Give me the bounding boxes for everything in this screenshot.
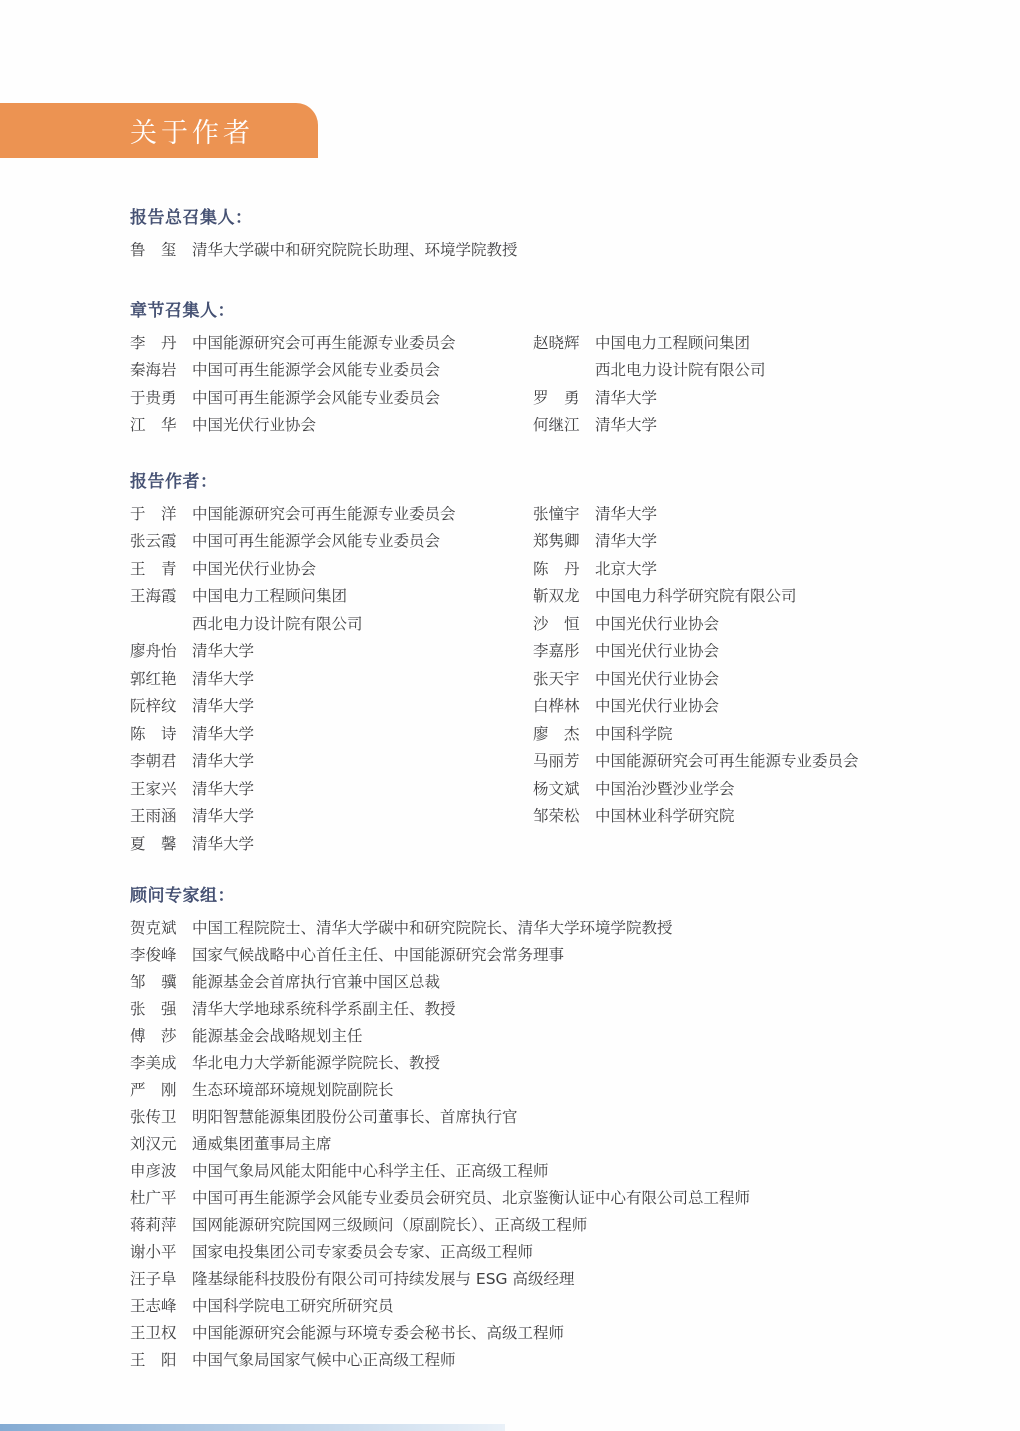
person-affiliation: 清华大学地球系统科学系副主任、教授 — [192, 996, 960, 1023]
person-affiliation: 清华大学碳中和研究院院长助理、环境学院教授 — [192, 237, 960, 265]
person-row: 廖 杰中国科学院 — [533, 721, 960, 749]
person-name: 张憧宇 — [533, 501, 581, 529]
person-row: 夏 馨清华大学 — [130, 831, 533, 859]
person-row: 郭红艳清华大学 — [130, 666, 533, 694]
person-row: 阮梓纹清华大学 — [130, 693, 533, 721]
person-row: 王海霞中国电力工程顾问集团西北电力设计院有限公司 — [130, 583, 533, 638]
person-name: 王志峰 — [130, 1293, 178, 1320]
person-affiliation: 中国能源研究会可再生能源专业委员会 — [192, 330, 533, 358]
person-name: 李美成 — [130, 1050, 178, 1077]
section-chapter-conveners: 章节召集人： 李 丹中国能源研究会可再生能源专业委员会秦海岩中国可再生能源学会风… — [130, 299, 960, 440]
person-row: 江 华中国光伏行业协会 — [130, 412, 533, 440]
person-name: 张云霞 — [130, 528, 178, 556]
person-affiliation: 中国可再生能源学会风能专业委员会研究员、北京鉴衡认证中心有限公司总工程师 — [192, 1185, 960, 1212]
person-affiliation: 中国治沙暨沙业学会 — [595, 776, 960, 804]
report-authors-columns: 于 洋中国能源研究会可再生能源专业委员会张云霞中国可再生能源学会风能专业委员会王… — [130, 501, 960, 859]
person-row: 谢小平国家电投集团公司专家委员会专家、正高级工程师 — [130, 1239, 960, 1266]
person-name: 李嘉彤 — [533, 638, 581, 666]
person-name: 陈 诗 — [130, 721, 178, 749]
person-affiliation: 清华大学 — [192, 831, 533, 859]
person-row: 邹 骥能源基金会首席执行官兼中国区总裁 — [130, 969, 960, 996]
person-row: 赵晓辉中国电力工程顾问集团西北电力设计院有限公司 — [533, 330, 960, 385]
person-row: 白桦林中国光伏行业协会 — [533, 693, 960, 721]
person-row: 王志峰中国科学院电工研究所研究员 — [130, 1293, 960, 1320]
person-affiliation: 清华大学 — [192, 638, 533, 666]
person-row: 张憧宇清华大学 — [533, 501, 960, 529]
person-name: 秦海岩 — [130, 357, 178, 385]
person-name: 王 阳 — [130, 1347, 178, 1374]
person-affiliation: 中国可再生能源学会风能专业委员会 — [192, 357, 533, 385]
person-name: 蒋莉萍 — [130, 1212, 178, 1239]
person-name: 白桦林 — [533, 693, 581, 721]
person-row: 汪子阜隆基绿能科技股份有限公司可持续发展与 ESG 高级经理 — [130, 1266, 960, 1293]
person-affiliation: 中国科学院 — [595, 721, 960, 749]
person-affiliation: 中国电力工程顾问集团西北电力设计院有限公司 — [595, 330, 960, 385]
person-row: 陈 诗清华大学 — [130, 721, 533, 749]
person-name: 赵晓辉 — [533, 330, 581, 358]
person-affiliation: 华北电力大学新能源学院院长、教授 — [192, 1050, 960, 1077]
person-row: 张 强清华大学地球系统科学系副主任、教授 — [130, 996, 960, 1023]
person-affiliation: 清华大学 — [595, 528, 960, 556]
person-affiliation: 中国光伏行业协会 — [595, 611, 960, 639]
person-affiliation: 中国可再生能源学会风能专业委员会 — [192, 528, 533, 556]
person-row: 马丽芳中国能源研究会可再生能源专业委员会 — [533, 748, 960, 776]
person-affiliation: 中国光伏行业协会 — [595, 666, 960, 694]
person-affiliation: 中国林业科学研究院 — [595, 803, 960, 831]
person-row: 李俊峰国家气候战略中心首任主任、中国能源研究会常务理事 — [130, 942, 960, 969]
person-affiliation: 中国能源研究会可再生能源专业委员会 — [192, 501, 533, 529]
person-name: 申彦波 — [130, 1158, 178, 1185]
person-name: 鲁 玺 — [130, 237, 178, 265]
person-name: 刘汉元 — [130, 1131, 178, 1158]
person-row: 张天宇中国光伏行业协会 — [533, 666, 960, 694]
person-row: 秦海岩中国可再生能源学会风能专业委员会 — [130, 357, 533, 385]
person-name: 杜广平 — [130, 1185, 178, 1212]
person-affiliation: 清华大学 — [595, 501, 960, 529]
section-heading-advisory-experts: 顾问专家组： — [130, 884, 960, 908]
person-row: 申彦波中国气象局风能太阳能中心科学主任、正高级工程师 — [130, 1158, 960, 1185]
chapter-conveners-left-column: 李 丹中国能源研究会可再生能源专业委员会秦海岩中国可再生能源学会风能专业委员会于… — [130, 330, 533, 440]
person-affiliation: 中国气象局风能太阳能中心科学主任、正高级工程师 — [192, 1158, 960, 1185]
person-name: 郑隽卿 — [533, 528, 581, 556]
section-report-convener: 报告总召集人： 鲁 玺清华大学碳中和研究院院长助理、环境学院教授 — [130, 206, 960, 265]
page-content: 报告总召集人： 鲁 玺清华大学碳中和研究院院长助理、环境学院教授 章节召集人： … — [0, 158, 1020, 1374]
person-affiliation: 清华大学 — [595, 385, 960, 413]
person-name: 王雨涵 — [130, 803, 178, 831]
person-row: 邹荣松中国林业科学研究院 — [533, 803, 960, 831]
person-affiliation: 清华大学 — [192, 803, 533, 831]
section-advisory-experts: 顾问专家组： 贺克斌中国工程院院士、清华大学碳中和研究院院长、清华大学环境学院教… — [130, 884, 960, 1374]
person-name: 于 洋 — [130, 501, 178, 529]
person-row: 王 阳中国气象局国家气候中心正高级工程师 — [130, 1347, 960, 1374]
person-row: 王卫权中国能源研究会能源与环境专委会秘书长、高级工程师 — [130, 1320, 960, 1347]
person-name: 邹 骥 — [130, 969, 178, 996]
person-name: 廖舟怡 — [130, 638, 178, 666]
page-title: 关于作者 — [130, 111, 254, 150]
person-affiliation: 中国科学院电工研究所研究员 — [192, 1293, 960, 1320]
person-name: 贺克斌 — [130, 915, 178, 942]
person-affiliation: 国家电投集团公司专家委员会专家、正高级工程师 — [192, 1239, 960, 1266]
report-authors-right-column: 张憧宇清华大学郑隽卿清华大学陈 丹北京大学靳双龙中国电力科学研究院有限公司沙 恒… — [533, 501, 960, 831]
person-row: 杨文斌中国治沙暨沙业学会 — [533, 776, 960, 804]
person-row: 于 洋中国能源研究会可再生能源专业委员会 — [130, 501, 533, 529]
person-row: 贺克斌中国工程院院士、清华大学碳中和研究院院长、清华大学环境学院教授 — [130, 915, 960, 942]
person-row: 王家兴清华大学 — [130, 776, 533, 804]
person-row: 严 刚生态环境部环境规划院副院长 — [130, 1077, 960, 1104]
person-affiliation: 通威集团董事局主席 — [192, 1131, 960, 1158]
person-name: 王 青 — [130, 556, 178, 584]
person-affiliation: 中国能源研究会可再生能源专业委员会 — [595, 748, 960, 776]
person-row: 李嘉彤中国光伏行业协会 — [533, 638, 960, 666]
person-name: 谢小平 — [130, 1239, 178, 1266]
person-name: 张天宇 — [533, 666, 581, 694]
person-name: 汪子阜 — [130, 1266, 178, 1293]
section-heading-report-convener: 报告总召集人： — [130, 206, 960, 230]
person-row: 王 青中国光伏行业协会 — [130, 556, 533, 584]
person-affiliation: 能源基金会首席执行官兼中国区总裁 — [192, 969, 960, 996]
section-heading-chapter-conveners: 章节召集人： — [130, 299, 960, 323]
person-affiliation: 明阳智慧能源集团股份公司董事长、首席执行官 — [192, 1104, 960, 1131]
person-name: 何继江 — [533, 412, 581, 440]
person-affiliation: 能源基金会战略规划主任 — [192, 1023, 960, 1050]
person-row: 杜广平中国可再生能源学会风能专业委员会研究员、北京鉴衡认证中心有限公司总工程师 — [130, 1185, 960, 1212]
person-affiliation: 国家气候战略中心首任主任、中国能源研究会常务理事 — [192, 942, 960, 969]
person-row: 郑隽卿清华大学 — [533, 528, 960, 556]
person-row: 李 丹中国能源研究会可再生能源专业委员会 — [130, 330, 533, 358]
person-affiliation: 清华大学 — [192, 721, 533, 749]
person-name: 张 强 — [130, 996, 178, 1023]
footer-accent-bar — [0, 1424, 505, 1431]
person-row: 刘汉元通威集团董事局主席 — [130, 1131, 960, 1158]
person-name: 夏 馨 — [130, 831, 178, 859]
person-row: 陈 丹北京大学 — [533, 556, 960, 584]
person-name: 傅 莎 — [130, 1023, 178, 1050]
person-name: 于贵勇 — [130, 385, 178, 413]
chapter-conveners-columns: 李 丹中国能源研究会可再生能源专业委员会秦海岩中国可再生能源学会风能专业委员会于… — [130, 330, 960, 440]
person-affiliation: 中国能源研究会能源与环境专委会秘书长、高级工程师 — [192, 1320, 960, 1347]
person-row: 王雨涵清华大学 — [130, 803, 533, 831]
person-name: 沙 恒 — [533, 611, 581, 639]
person-name: 李朝君 — [130, 748, 178, 776]
person-affiliation: 中国光伏行业协会 — [192, 412, 533, 440]
person-name: 王海霞 — [130, 583, 178, 611]
section-heading-report-authors: 报告作者： — [130, 470, 960, 494]
person-name: 江 华 — [130, 412, 178, 440]
person-name: 王家兴 — [130, 776, 178, 804]
person-name: 王卫权 — [130, 1320, 178, 1347]
person-row: 鲁 玺清华大学碳中和研究院院长助理、环境学院教授 — [130, 237, 960, 265]
person-row: 蒋莉萍国网能源研究院国网三级顾问（原副院长）、正高级工程师 — [130, 1212, 960, 1239]
person-row: 李朝君清华大学 — [130, 748, 533, 776]
person-affiliation: 中国电力工程顾问集团西北电力设计院有限公司 — [192, 583, 533, 638]
person-row: 李美成华北电力大学新能源学院院长、教授 — [130, 1050, 960, 1077]
person-name: 张传卫 — [130, 1104, 178, 1131]
person-name: 阮梓纹 — [130, 693, 178, 721]
person-name: 郭红艳 — [130, 666, 178, 694]
person-row: 何继江清华大学 — [533, 412, 960, 440]
person-name: 廖 杰 — [533, 721, 581, 749]
person-name: 陈 丹 — [533, 556, 581, 584]
document-page: 关于作者 报告总召集人： 鲁 玺清华大学碳中和研究院院长助理、环境学院教授 章节… — [0, 0, 1020, 1431]
person-affiliation: 中国光伏行业协会 — [595, 693, 960, 721]
person-name: 严 刚 — [130, 1077, 178, 1104]
person-name: 李俊峰 — [130, 942, 178, 969]
person-row: 张云霞中国可再生能源学会风能专业委员会 — [130, 528, 533, 556]
person-affiliation: 清华大学 — [192, 666, 533, 694]
person-affiliation: 隆基绿能科技股份有限公司可持续发展与 ESG 高级经理 — [192, 1266, 960, 1293]
person-row: 罗 勇清华大学 — [533, 385, 960, 413]
person-affiliation: 国网能源研究院国网三级顾问（原副院长）、正高级工程师 — [192, 1212, 960, 1239]
advisory-experts-list: 贺克斌中国工程院院士、清华大学碳中和研究院院长、清华大学环境学院教授李俊峰国家气… — [130, 915, 960, 1374]
person-affiliation: 中国工程院院士、清华大学碳中和研究院院长、清华大学环境学院教授 — [192, 915, 960, 942]
person-affiliation: 中国光伏行业协会 — [192, 556, 533, 584]
person-name: 杨文斌 — [533, 776, 581, 804]
person-name: 邹荣松 — [533, 803, 581, 831]
person-affiliation: 生态环境部环境规划院副院长 — [192, 1077, 960, 1104]
person-affiliation: 清华大学 — [192, 748, 533, 776]
person-row: 沙 恒中国光伏行业协会 — [533, 611, 960, 639]
person-affiliation: 清华大学 — [192, 776, 533, 804]
person-affiliation: 清华大学 — [595, 412, 960, 440]
person-affiliation: 北京大学 — [595, 556, 960, 584]
person-affiliation: 中国可再生能源学会风能专业委员会 — [192, 385, 533, 413]
person-name: 马丽芳 — [533, 748, 581, 776]
person-affiliation: 中国光伏行业协会 — [595, 638, 960, 666]
chapter-conveners-right-column: 赵晓辉中国电力工程顾问集团西北电力设计院有限公司罗 勇清华大学何继江清华大学 — [533, 330, 960, 440]
person-name: 李 丹 — [130, 330, 178, 358]
person-name: 罗 勇 — [533, 385, 581, 413]
person-affiliation: 中国气象局国家气候中心正高级工程师 — [192, 1347, 960, 1374]
report-authors-left-column: 于 洋中国能源研究会可再生能源专业委员会张云霞中国可再生能源学会风能专业委员会王… — [130, 501, 533, 859]
person-affiliation: 清华大学 — [192, 693, 533, 721]
person-affiliation: 中国电力科学研究院有限公司 — [595, 583, 960, 611]
person-row: 靳双龙中国电力科学研究院有限公司 — [533, 583, 960, 611]
section-banner: 关于作者 — [0, 103, 318, 158]
person-row: 廖舟怡清华大学 — [130, 638, 533, 666]
convener-list: 鲁 玺清华大学碳中和研究院院长助理、环境学院教授 — [130, 237, 960, 265]
section-report-authors: 报告作者： 于 洋中国能源研究会可再生能源专业委员会张云霞中国可再生能源学会风能… — [130, 470, 960, 859]
person-row: 张传卫明阳智慧能源集团股份公司董事长、首席执行官 — [130, 1104, 960, 1131]
person-row: 傅 莎能源基金会战略规划主任 — [130, 1023, 960, 1050]
person-row: 于贵勇中国可再生能源学会风能专业委员会 — [130, 385, 533, 413]
person-name: 靳双龙 — [533, 583, 581, 611]
